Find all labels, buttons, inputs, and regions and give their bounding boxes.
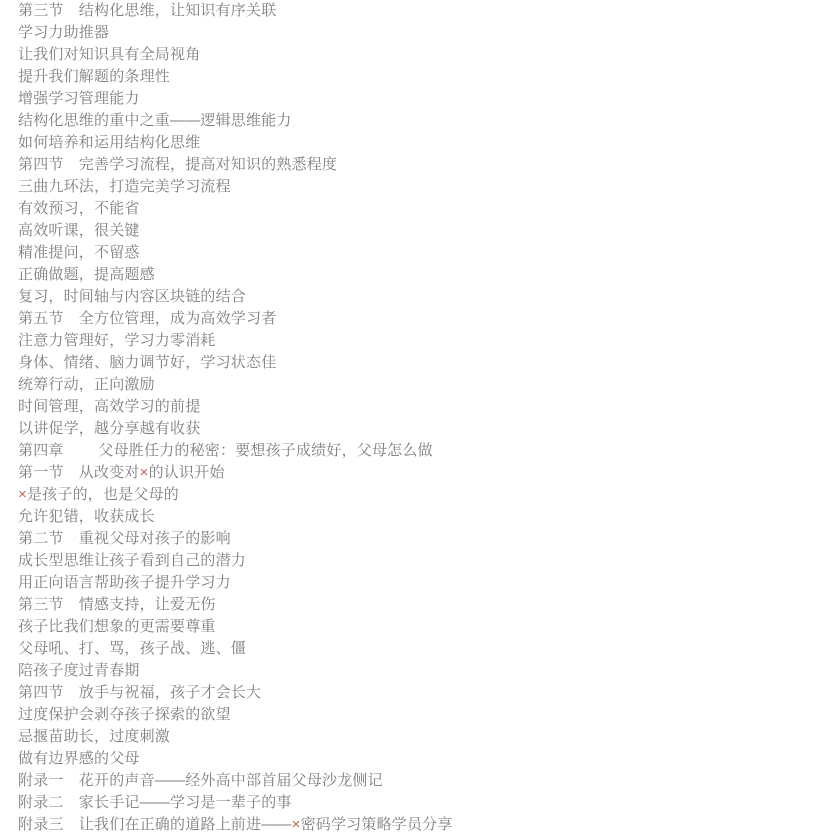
toc-line-text: 是孩子的，也是父母的	[27, 486, 179, 503]
toc-line-text: 忌揠苗助长，过度刺激	[18, 728, 170, 745]
toc-line-text: 复习，时间轴与内容区块链的结合	[18, 288, 246, 305]
toc-line: 身体、情绪、脑力调节好，学习状态佳	[18, 352, 837, 374]
toc-line: 以讲促学，越分享越有收获	[18, 418, 837, 440]
toc-line: 第一节 从改变对×的认识开始	[18, 462, 837, 484]
toc-line-text: 成长型思维让孩子看到自己的潜力	[18, 552, 246, 569]
toc-line: 附录一 花开的声音——经外高中部首届父母沙龙侧记	[18, 770, 837, 792]
toc-line: 父母吼、打、骂，孩子战、逃、僵	[18, 638, 837, 660]
toc-line-text: 以讲促学，越分享越有收获	[18, 420, 200, 437]
toc-line-text: 附录一 花开的声音——经外高中部首届父母沙龙侧记	[18, 772, 383, 789]
toc-line-text: 注意力管理好，学习力零消耗	[18, 332, 216, 349]
toc-line-text: 第四节 放手与祝福，孩子才会长大	[18, 684, 261, 701]
toc-line-text: 时间管理，高效学习的前提	[18, 398, 200, 415]
toc-line: 陪孩子度过青春期	[18, 660, 837, 682]
toc-line-text: 结构化思维的重中之重——逻辑思维能力	[18, 112, 292, 129]
toc-line: ×是孩子的，也是父母的	[18, 484, 837, 506]
toc-line: 忌揠苗助长，过度刺激	[18, 726, 837, 748]
toc-line: 增强学习管理能力	[18, 88, 837, 110]
toc-line: 附录二 家长手记——学习是一辈子的事	[18, 792, 837, 814]
toc-line: 三曲九环法，打造完美学习流程	[18, 176, 837, 198]
toc-line-text: 第四节 完善学习流程，提高对知识的熟悉程度	[18, 156, 337, 173]
toc-line: 有效预习，不能省	[18, 198, 837, 220]
toc-line-text: 正确做题，提高题感	[18, 266, 155, 283]
toc-line-text: 如何培养和运用结构化思维	[18, 134, 200, 151]
toc-line: 精准提问，不留惑	[18, 242, 837, 264]
toc-line: 成长型思维让孩子看到自己的潜力	[18, 550, 837, 572]
toc-line-text: 的认识开始	[149, 464, 225, 481]
toc-line-text: 统筹行动，正向激励	[18, 376, 155, 393]
toc-line-text: 第五节 全方位管理，成为高效学习者	[18, 310, 276, 327]
toc-line: 第三节 情感支持，让爱无伤	[18, 594, 837, 616]
toc-line: 第二节 重视父母对孩子的影响	[18, 528, 837, 550]
toc-line: 如何培养和运用结构化思维	[18, 132, 837, 154]
toc-line: 第三节 结构化思维，让知识有序关联	[18, 0, 837, 22]
toc-line: 第五节 全方位管理，成为高效学习者	[18, 308, 837, 330]
accent-x-marker: ×	[292, 816, 301, 833]
toc-line: 第四章 父母胜任力的秘密：要想孩子成绩好，父母怎么做	[18, 440, 837, 462]
toc-line: 用正向语言帮助孩子提升学习力	[18, 572, 837, 594]
toc-line-text: 做有边界感的父母	[18, 750, 140, 767]
toc-line-text: 精准提问，不留惑	[18, 244, 140, 261]
toc-line-text: 过度保护会剥夺孩子探索的欲望	[18, 706, 231, 723]
toc-line-text: 三曲九环法，打造完美学习流程	[18, 178, 231, 195]
toc-line-text: 第二节 重视父母对孩子的影响	[18, 530, 231, 547]
toc-line: 正确做题，提高题感	[18, 264, 837, 286]
toc-line: 注意力管理好，学习力零消耗	[18, 330, 837, 352]
toc-line: 结构化思维的重中之重——逻辑思维能力	[18, 110, 837, 132]
toc-line: 孩子比我们想象的更需要尊重	[18, 616, 837, 638]
toc-line: 附录三 让我们在正确的道路上前进——×密码学习策略学员分享	[18, 814, 837, 836]
toc-line-text: 高效听课，很关键	[18, 222, 140, 239]
toc-line: 提升我们解题的条理性	[18, 66, 837, 88]
toc-line-text: 提升我们解题的条理性	[18, 68, 170, 85]
toc-line: 学习力助推器	[18, 22, 837, 44]
toc-line-text: 密码学习策略学员分享	[301, 816, 453, 833]
toc-line: 让我们对知识具有全局视角	[18, 44, 837, 66]
toc-line: 做有边界感的父母	[18, 748, 837, 770]
toc-line-text: 陪孩子度过青春期	[18, 662, 140, 679]
toc-line-text: 让我们对知识具有全局视角	[18, 46, 200, 63]
toc-line: 统筹行动，正向激励	[18, 374, 837, 396]
toc-list: 第三节 结构化思维，让知识有序关联学习力助推器让我们对知识具有全局视角提升我们解…	[0, 0, 837, 836]
toc-line-text: 第三节 结构化思维，让知识有序关联	[18, 2, 276, 19]
accent-x-marker: ×	[18, 486, 27, 503]
toc-line-text: 附录三 让我们在正确的道路上前进——	[18, 816, 292, 833]
toc-line-text: 学习力助推器	[18, 24, 109, 41]
toc-line: 过度保护会剥夺孩子探索的欲望	[18, 704, 837, 726]
toc-line-text: 附录二 家长手记——学习是一辈子的事	[18, 794, 292, 811]
toc-line-text: 第三节 情感支持，让爱无伤	[18, 596, 216, 613]
toc-line: 高效听课，很关键	[18, 220, 837, 242]
toc-line-text: 孩子比我们想象的更需要尊重	[18, 618, 216, 635]
toc-line: 允许犯错，收获成长	[18, 506, 837, 528]
toc-line: 第四节 完善学习流程，提高对知识的熟悉程度	[18, 154, 837, 176]
toc-line-text: 第一节 从改变对	[18, 464, 140, 481]
toc-line-text: 第四章 父母胜任力的秘密：要想孩子成绩好，父母怎么做	[18, 442, 433, 459]
accent-x-marker: ×	[140, 464, 149, 481]
toc-line-text: 允许犯错，收获成长	[18, 508, 155, 525]
toc-line-text: 父母吼、打、骂，孩子战、逃、僵	[18, 640, 246, 657]
toc-line: 复习，时间轴与内容区块链的结合	[18, 286, 837, 308]
toc-line-text: 身体、情绪、脑力调节好，学习状态佳	[18, 354, 276, 371]
toc-line-text: 有效预习，不能省	[18, 200, 140, 217]
toc-line: 时间管理，高效学习的前提	[18, 396, 837, 418]
toc-line: 第四节 放手与祝福，孩子才会长大	[18, 682, 837, 704]
toc-line-text: 增强学习管理能力	[18, 90, 140, 107]
toc-line-text: 用正向语言帮助孩子提升学习力	[18, 574, 231, 591]
